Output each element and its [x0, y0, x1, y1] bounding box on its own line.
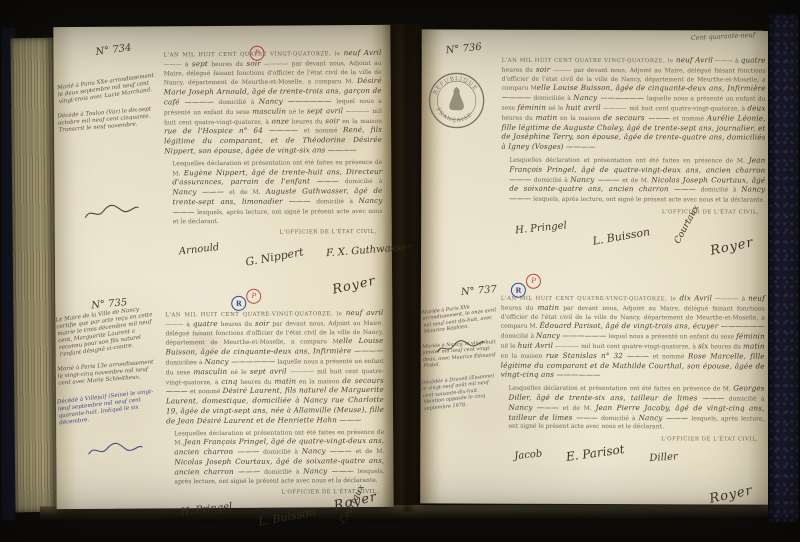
- act-body-text: L'AN MIL HUIT CENT QUATRE VINGT-QUATORZE…: [163, 49, 382, 157]
- witnesses-text: Lesquelles déclaration et présentation o…: [509, 156, 765, 206]
- witnesses-text: Lesquelles déclaration et présentation o…: [508, 384, 764, 433]
- control-stamp-blue-icon: R: [511, 283, 526, 298]
- signatures: JacobE. ParisotDiller: [514, 450, 764, 481]
- officer-title: L'OFFICIER DE L'ÉTAT CIVIL,: [165, 229, 383, 237]
- witnesses-text: Lesquelles déclaration et présentation o…: [172, 159, 382, 227]
- right-page: Cent quarante-neuf N° 736 RÉPUBLIQUE FRA…: [420, 29, 771, 504]
- signature-flourish-icon: [86, 438, 145, 459]
- record-number: N° 737: [461, 284, 498, 298]
- record-736: N° 736 RÉPUBLIQUE FRANÇAISE L'AN MIL HUI…: [421, 41, 771, 290]
- record-number: N° 734: [95, 42, 132, 58]
- photo: N° 734 P Marié à Paris XXe arrondissemen…: [0, 0, 800, 542]
- signatures: ArnouldG. NippertF. X. Guthwasser: [179, 243, 383, 274]
- page-edges: [11, 38, 60, 512]
- official-seal-icon: RÉPUBLIQUE FRANÇAISE: [427, 71, 485, 129]
- signature-flourish-icon: [82, 199, 142, 223]
- act-body-text: L'AN MIL HUIT CENT QUATRE-VINGT-QUATORZE…: [501, 294, 765, 382]
- act-body-text: L'AN MIL HUIT CENT QUATRE VINGT-QUATORZE…: [501, 56, 765, 154]
- witnesses-text: Lesquelles déclaration et présentation o…: [174, 428, 384, 486]
- marianne-figure-icon: [449, 87, 464, 110]
- margin-notes: Marié à Paris XXe arrondissement le deux…: [58, 78, 158, 131]
- record-734: N° 734 P Marié à Paris XXe arrondissemen…: [53, 33, 392, 307]
- control-stamp-blue-icon: R: [231, 296, 246, 311]
- record-735: N° 735 R P Le Maire de la Ville de Nancy…: [55, 293, 394, 523]
- officer-signature: Royer: [708, 483, 754, 504]
- act-body-text: L'AN MIL HUIT CENT QUATRE-VINGT-QUATORZE…: [165, 309, 384, 427]
- margin-notes: Mariée à Paris XVe arrondissement, le on…: [423, 305, 497, 409]
- officer-title: L'OFFICIER DE L'ÉTAT CIVIL,: [500, 436, 764, 443]
- book-cover-right: [768, 14, 798, 522]
- record-number: N° 736: [445, 42, 482, 57]
- margin-notes: Le Maire de la Ville de Nancy certifie q…: [57, 310, 160, 422]
- officer-title: L'OFFICIER DE L'ÉTAT CIVIL,: [501, 209, 765, 216]
- record-737: N° 737 R P Mariée à Paris XVe arrondisse…: [420, 279, 770, 504]
- folio-note: Cent quarante-neuf: [690, 31, 755, 42]
- left-page: N° 734 P Marié à Paris XXe arrondissemen…: [53, 25, 393, 509]
